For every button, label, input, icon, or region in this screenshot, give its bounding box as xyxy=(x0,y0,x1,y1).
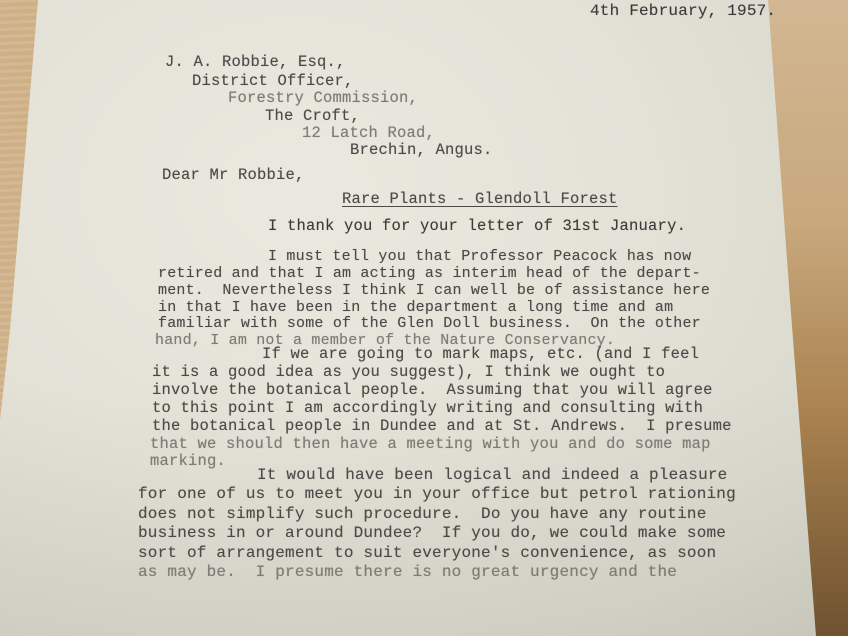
body-line: for one of us to meet you in your office… xyxy=(138,485,736,503)
body-line: business in or around Dundee? If you do,… xyxy=(138,524,726,542)
body-line: involve the botanical people. Assuming t… xyxy=(152,381,713,399)
body-line: I thank you for your letter of 31st Janu… xyxy=(268,217,686,235)
address-line: The Croft, xyxy=(265,107,360,125)
body-line: If we are going to mark maps, etc. (and … xyxy=(262,345,699,363)
body-line: ment. Nevertheless I think I can well be… xyxy=(158,282,710,299)
letter-date: 4th February, 1957. xyxy=(590,2,776,20)
address-line: Forestry Commission, xyxy=(228,89,418,107)
body-line: marking. xyxy=(150,452,226,470)
address-line: 12 Latch Road, xyxy=(302,124,435,142)
body-line: I must tell you that Professor Peacock h… xyxy=(268,248,691,265)
body-line: in that I have been in the department a … xyxy=(158,299,673,316)
body-line: does not simplify such procedure. Do you… xyxy=(138,505,707,523)
body-line: as may be. I presume there is no great u… xyxy=(138,563,677,581)
body-line: the botanical people in Dundee and at St… xyxy=(152,417,732,435)
salutation: Dear Mr Robbie, xyxy=(162,166,305,184)
body-line: It would have been logical and indeed a … xyxy=(257,466,727,484)
body-line: sort of arrangement to suit everyone's c… xyxy=(138,544,716,562)
body-line: retired and that I am acting as interim … xyxy=(158,265,701,282)
body-line: it is a good idea as you suggest), I thi… xyxy=(152,363,665,381)
address-line: J. A. Robbie, Esq., xyxy=(165,53,346,71)
body-line: that we should then have a meeting with … xyxy=(150,435,711,453)
body-line: familiar with some of the Glen Doll busi… xyxy=(158,315,701,332)
address-line: Brechin, Angus. xyxy=(350,141,493,159)
subject-heading: Rare Plants - Glendoll Forest xyxy=(342,190,618,208)
body-line: to this point I am accordingly writing a… xyxy=(152,399,703,417)
address-line: District Officer, xyxy=(192,72,354,90)
